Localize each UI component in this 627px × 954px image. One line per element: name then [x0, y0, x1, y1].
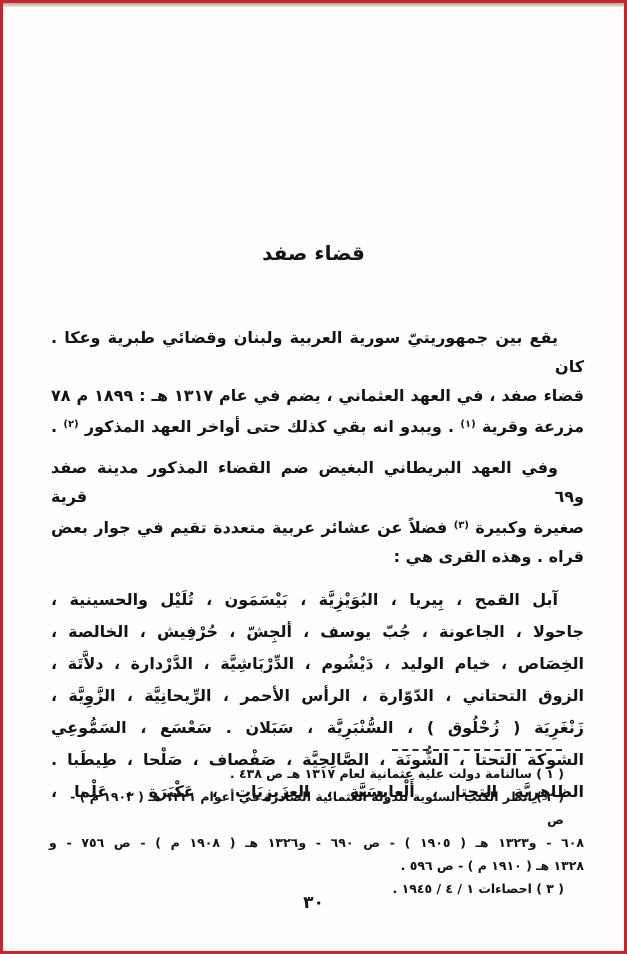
scan-edge-artifact [3, 3, 624, 7]
text-line: قراه . وهذه القرى هي : [51, 542, 584, 571]
footnote-separator-line [392, 749, 562, 751]
text-line: قضاء صفد ، في العهد العثماني ، يضم في عا… [51, 381, 584, 410]
page-title: قضاء صفد [3, 241, 624, 265]
paragraph: وفي العهد البريطاني البغيض ضم القضاء الم… [51, 453, 584, 571]
footnote-marker: (٢) [63, 419, 78, 430]
text-line: يقع بين جمهوريتيّ سورية العربية ولبنان و… [51, 323, 584, 381]
text-line: جاحولا ، الجاعونة ، جُبّ يوسف ، ألجِشّ ،… [51, 616, 584, 648]
footnote-line: ( ١ ) سالنامة دولت علية عثمانية لعام ١٣١… [49, 762, 584, 785]
footnote-line: ١٣٢٨ هـ ( ١٩١٠ م ) - ص ٥٩٦ . [49, 854, 584, 877]
text-line: وفي العهد البريطاني البغيض ضم القضاء الم… [51, 453, 584, 511]
footnote-line: ٦٠٨ - و١٣٢٣ هـ ( ١٩٠٥ ) - ص ٦٩٠ - و١٣٢٦ … [49, 831, 584, 854]
text-line: آبل القمح ، بِيريا ، البُوَيْزِيَّة ، بَ… [51, 584, 584, 616]
footnote-marker: (١) [460, 419, 475, 430]
text-line: الزوق التحتاني ، الدّوّارة ، الرأس الأحم… [51, 680, 584, 712]
text-line: صغيرة وكبيرة (٣) فضلاً عن عشائر عربية مت… [51, 511, 584, 542]
paragraph: يقع بين جمهوريتيّ سورية العربية ولبنان و… [51, 323, 584, 441]
page-number: ٣٠ [3, 893, 624, 913]
text-line: الخِصَاص ، خيام الوليد ، دَيْشُوم ، الدِ… [51, 648, 584, 680]
book-page: قضاء صفد يقع بين جمهوريتيّ سورية العربية… [0, 0, 627, 954]
footnotes: ( ١ ) سالنامة دولت علية عثمانية لعام ١٣١… [49, 762, 584, 900]
footnote-marker: (٣) [454, 520, 469, 531]
footnote-line: ( ٢ ) انظر الكتب السنوية للدولة العثماني… [49, 785, 584, 831]
text-line: مزرعة وقرية (١) . ويبدو انه بقي كذلك حتى… [51, 410, 584, 441]
text-line: زَنْغَرِيَة ( زُحْلُوق ) ، السُّنْبَرِيَ… [51, 712, 584, 744]
body-text: يقع بين جمهوريتيّ سورية العربية ولبنان و… [51, 323, 584, 808]
